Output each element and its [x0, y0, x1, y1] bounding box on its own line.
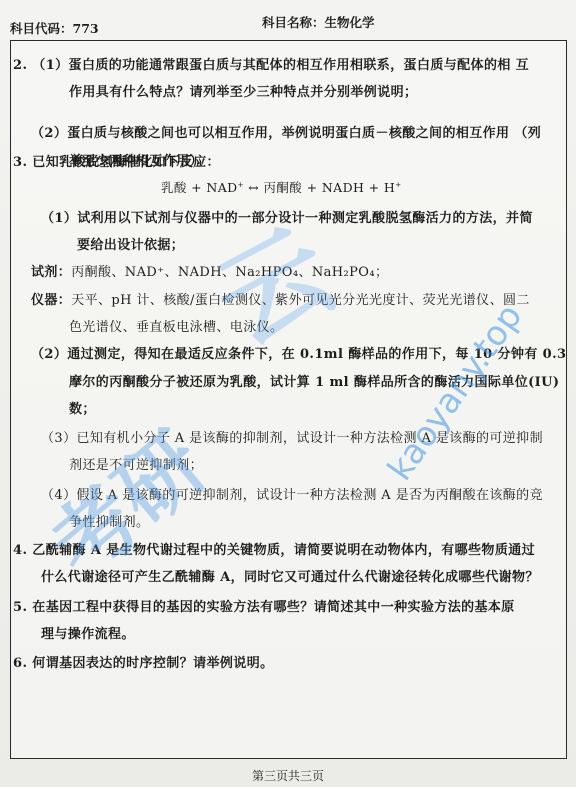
- q3-part1-line1: （1）试利用以下试剂与仪器中的一部分设计一种测定乳酸脱氢酶活力的方法，并简: [41, 207, 533, 226]
- q4-line1: 4. 乙酰辅酶 A 是生物代谢过程中的关键物质，请简要说明在动物体内，有哪些物质…: [13, 539, 535, 558]
- exam-header: 科目代码：773 科目名称：生物化学: [10, 14, 566, 36]
- q2-part1-line2: 作用具有什么特点？请列举至少三种特点并分别举例说明；: [69, 81, 417, 100]
- reaction-equation: 乳酸 + NAD+ ↔ 丙酮酸 + NADH + H+: [161, 178, 402, 196]
- reagents-list: 丙酮酸、NAD⁺、NADH、Na₂HPO₄、NaH₂PO₄；: [71, 265, 388, 280]
- q5-line2: 理与操作流程。: [41, 623, 135, 642]
- q3-part2-line1: （2）通过测定，得知在最适反应条件下，在 0.1ml 酶样品的作用下，每 10 …: [31, 343, 567, 362]
- instruments-line1: 仪器：天平、pH 计、核酸/蛋白检测仪、紫外可见光分光光度计、荧光光谱仪、圆二: [31, 289, 530, 308]
- q3-part1-line2: 要给出设计依据；: [77, 234, 184, 253]
- page-footer: 第三页共三页: [0, 767, 576, 784]
- instruments-list: 天平、pH 计、核酸/蛋白检测仪、紫外可见光分光光度计、荧光光谱仪、圆二: [71, 293, 530, 308]
- q3-intro: 3. 已知乳酸脱氢酶催化如下反应：: [13, 151, 220, 170]
- instruments-label: 仪器：: [31, 293, 71, 308]
- instruments-line2: 色光谱仪、垂直板电泳槽、电泳仪。: [69, 316, 283, 335]
- subject-name: 科目名称：生物化学: [262, 13, 375, 31]
- q6-line1: 6. 何谓基因表达的时序控制？请举例说明。: [13, 652, 274, 671]
- q2-part2-line1: （2）蛋白质与核酸之间也可以相互作用，举例说明蛋白质－核酸之间的相互作用 （列: [31, 122, 541, 141]
- q3-part4-line1: （4）假设 A 是该酶的可逆抑制剂，试设计一种方法检测 A 是否为丙酮酸在该酶的…: [41, 484, 543, 503]
- proton-charge: +: [395, 181, 401, 189]
- equation-rhs: 丙酮酸 + NADH + H: [264, 180, 396, 195]
- q3-part4-line2: 争性抑制剂。: [69, 511, 149, 530]
- q3-part3-line2: 剂还是不可逆抑制剂；: [69, 454, 203, 473]
- q3-part3-line1: （3）已知有机小分子 A 是该酶的抑制剂，试设计一种方法检测 A 是该酶的可逆抑…: [41, 427, 543, 446]
- q3-part2-line2: 摩尔的丙酮酸分子被还原为乳酸，试计算 1 ml 酶样品所含的酶活力国际单位(IU…: [69, 371, 559, 390]
- question-content: 2. （1）蛋白质的功能通常跟蛋白质与其配体的相互作用相联系，蛋白质与配体的相 …: [11, 41, 566, 758]
- q5-line1: 5. 在基因工程中获得目的基因的实验方法有哪些？请简述其中一种实验方法的基本原: [13, 596, 515, 615]
- q2-part1-line1: 2. （1）蛋白质的功能通常跟蛋白质与其配体的相互作用相联系，蛋白质与配体的相 …: [13, 54, 529, 73]
- question-frame: 2. （1）蛋白质的功能通常跟蛋白质与其配体的相互作用相联系，蛋白质与配体的相 …: [10, 40, 567, 759]
- q4-line2: 什么代谢途径可产生乙酰辅酶 A，同时它又可通过什么代谢途径转化成哪些代谢物？: [41, 566, 539, 585]
- equation-arrow: ↔: [244, 180, 264, 195]
- reagents-line: 试剂：丙酮酸、NAD⁺、NADH、Na₂HPO₄、NaH₂PO₄；: [31, 261, 388, 280]
- reagents-label: 试剂：: [31, 265, 71, 280]
- subject-code: 科目代码：773: [10, 19, 99, 37]
- q3-part2-line3: 数；: [69, 398, 96, 417]
- equation-lhs: 乳酸 + NAD: [161, 180, 238, 195]
